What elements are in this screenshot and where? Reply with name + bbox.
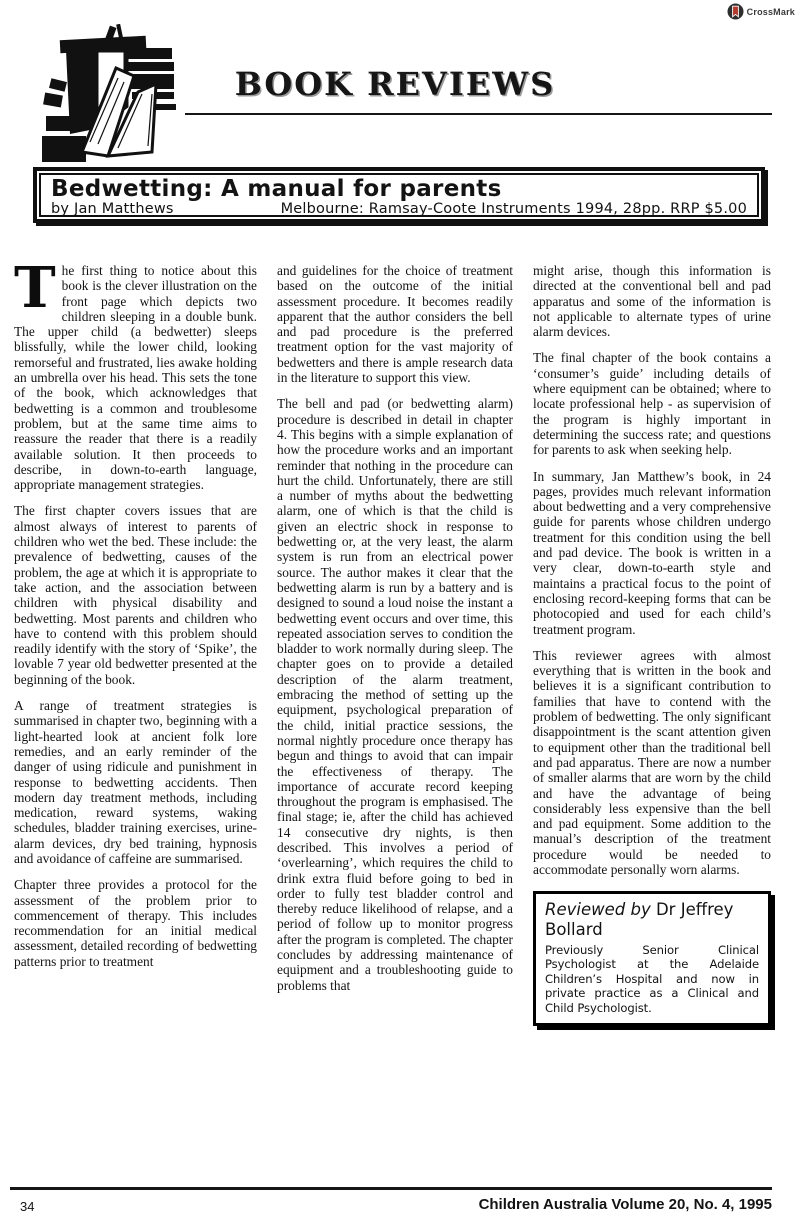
book-title-box: Bedwetting: A manual for parents by Jan … (33, 167, 765, 223)
review-paragraph: The first thing to notice about this boo… (14, 263, 257, 492)
review-column-2: and guidelines for the choice of treatme… (277, 263, 513, 1004)
book-author: by Jan Matthews (51, 201, 174, 217)
review-paragraph: This reviewer agrees with almost everyth… (533, 648, 771, 877)
review-paragraph: The bell and pad (or bedwetting alarm) p… (277, 396, 513, 993)
crossmark-label: CrossMark (747, 7, 795, 17)
journal-page: CrossMark (0, 0, 800, 1223)
book-title-box-inner: Bedwetting: A manual for parents by Jan … (39, 173, 759, 217)
review-paragraph: might arise, though this information is … (533, 263, 771, 339)
crossmark-badge[interactable]: CrossMark (727, 3, 795, 20)
drop-cap: T (14, 267, 56, 311)
review-paragraph: A range of treatment strategies is summa… (14, 698, 257, 866)
review-paragraph: The first chapter covers issues that are… (14, 503, 257, 687)
book-title: Bedwetting: A manual for parents (51, 177, 747, 201)
review-paragraph: The final chapter of the book contains a… (533, 350, 771, 457)
page-number: 34 (20, 1199, 34, 1214)
review-paragraph: and guidelines for the choice of treatme… (277, 263, 513, 385)
page-title: BOOK REVIEWS (185, 68, 605, 100)
journal-citation: Children Australia Volume 20, No. 4, 199… (479, 1196, 772, 1213)
reviewed-by-label: Reviewed by (545, 900, 656, 919)
footer-rule (10, 1187, 772, 1190)
review-paragraph: Chapter three provides a protocol for th… (14, 877, 257, 969)
book-publisher: Melbourne: Ramsay-Coote Instruments 1994… (281, 201, 747, 217)
printing-press-illustration (40, 24, 178, 166)
review-column-3: might arise, though this information is … (533, 263, 771, 1026)
crossmark-icon (727, 3, 744, 20)
reviewer-bio: Previously Senior Clinical Psychologist … (545, 943, 759, 1016)
review-paragraph: In summary, Jan Matthew’s book, in 24 pa… (533, 469, 771, 637)
review-column-1: The first thing to notice about this boo… (14, 263, 257, 980)
header-rule (185, 113, 772, 115)
reviewer-box: Reviewed by Dr Jeffrey Bollard Previousl… (533, 891, 771, 1026)
